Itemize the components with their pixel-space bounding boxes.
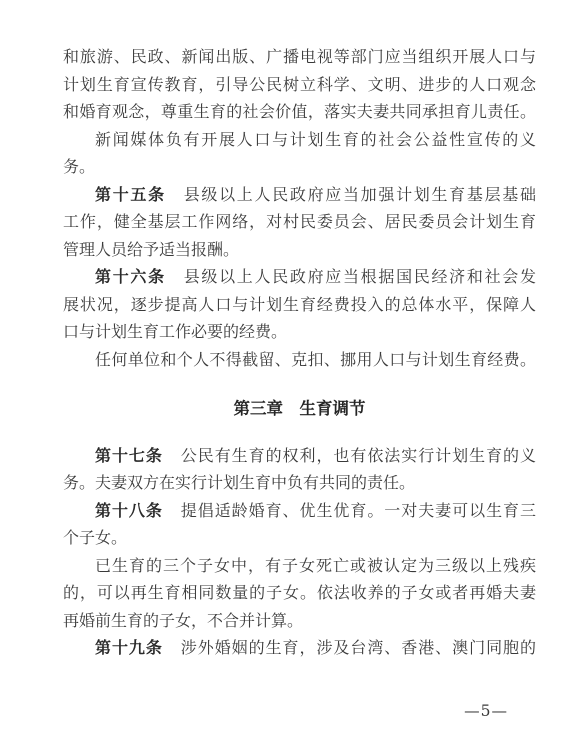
- text-line: 计划生育宣传教育，引导公民树立科学、文明、进步的人口观念: [63, 71, 536, 99]
- text-line: 已生育的三个子女中，有子女死亡或被认定为三级以上残疾: [63, 552, 536, 580]
- article-line: 第十六条县级以上人民政府应当根据国民经济和社会发: [63, 263, 536, 291]
- article-text: 县级以上人民政府应当加强计划生育基层基础: [184, 185, 536, 204]
- text-line: 个子女。: [63, 524, 536, 552]
- article-number: 第十五条: [95, 185, 166, 204]
- text-line: 口与计划生育工作必要的经费。: [63, 318, 536, 346]
- article-number: 第十七条: [95, 446, 163, 465]
- text-block: 和旅游、民政、新闻出版、广播电视等部门应当组织开展人口与 计划生育宣传教育，引导…: [63, 43, 536, 662]
- article-line: 第十八条提倡适龄婚育、优生优育。一对夫妻可以生育三: [63, 497, 536, 525]
- chapter-title: 生育调节: [300, 399, 366, 418]
- article-text: 公民有生育的权利，也有依法实行计划生育的义: [181, 446, 536, 465]
- article-text: 提倡适龄婚育、优生优育。一对夫妻可以生育三: [181, 501, 536, 520]
- text-line: 任何单位和个人不得截留、克扣、挪用人口与计划生育经费。: [63, 346, 536, 374]
- article-number: 第十九条: [95, 638, 163, 657]
- text-line: 务。夫妻双方在实行计划生育中负有共同的责任。: [63, 469, 536, 497]
- text-line: 新闻媒体负有开展人口与计划生育的社会公益性宣传的义: [63, 126, 536, 154]
- article-number: 第十六条: [95, 267, 166, 286]
- text-line: 和旅游、民政、新闻出版、广播电视等部门应当组织开展人口与: [63, 43, 536, 71]
- text-line: 展状况，逐步提高人口与计划生育经费投入的总体水平，保障人: [63, 291, 536, 319]
- article-text: 涉外婚姻的生育，涉及台湾、香港、澳门同胞的: [181, 638, 536, 657]
- text-line: 务。: [63, 153, 536, 181]
- text-line: 工作，健全基层工作网络，对村民委员会、居民委员会计划生育: [63, 208, 536, 236]
- text-line: 的，可以再生育相同数量的子女。依法收养的子女或者再婚夫妻: [63, 579, 536, 607]
- document-page: 和旅游、民政、新闻出版、广播电视等部门应当组织开展人口与 计划生育宣传教育，引导…: [0, 0, 582, 731]
- text-line: 和婚育观念，尊重生育的社会价值，落实夫妻共同承担育儿责任。: [63, 98, 536, 126]
- article-text: 县级以上人民政府应当根据国民经济和社会发: [184, 267, 536, 286]
- article-line: 第十五条县级以上人民政府应当加强计划生育基层基础: [63, 181, 536, 209]
- text-line: 再婚前生育的子女，不合并计算。: [63, 607, 536, 635]
- article-line: 第十九条涉外婚姻的生育，涉及台湾、香港、澳门同胞的: [63, 634, 536, 662]
- chapter-number: 第三章: [234, 399, 284, 418]
- chapter-heading: 第三章生育调节: [63, 395, 536, 423]
- text-line: 管理人员给予适当报酬。: [63, 236, 536, 264]
- page-number: —5—: [464, 701, 508, 721]
- article-line: 第十七条公民有生育的权利，也有依法实行计划生育的义: [63, 442, 536, 470]
- article-number: 第十八条: [95, 501, 163, 520]
